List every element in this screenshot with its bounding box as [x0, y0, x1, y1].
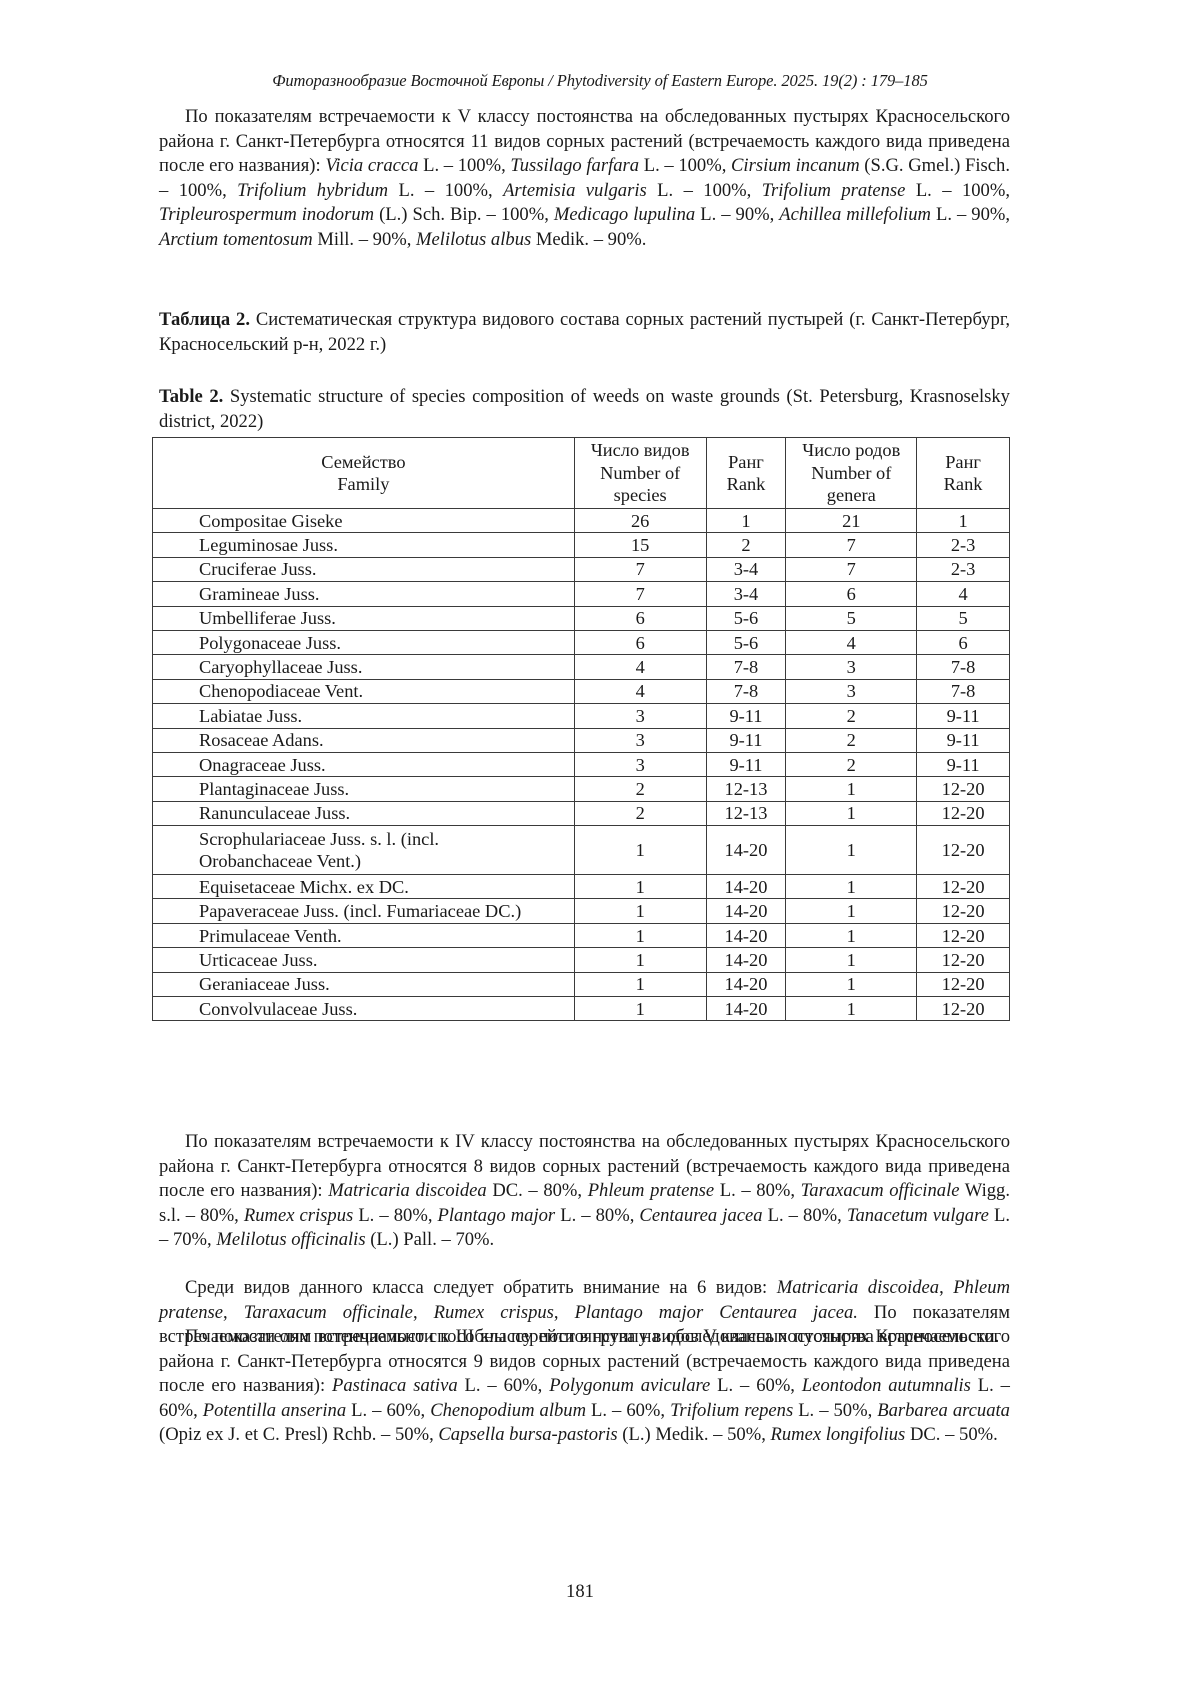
species-rank-cell: 2	[706, 533, 786, 557]
species-name: Vicia cracca	[325, 155, 418, 176]
species-rank-cell: 12-13	[706, 801, 786, 825]
species-count-cell: 1	[574, 875, 706, 899]
table-row: Polygonaceae Juss.65-646	[153, 630, 1010, 654]
species-name: Trifolium pratense	[762, 180, 906, 201]
species-authority: (L.) Sch. Bip. – 100%,	[374, 204, 554, 225]
species-authority: L. – 80%,	[555, 1205, 639, 1226]
species-authority: L. – 80%,	[353, 1205, 437, 1226]
table-row: Leguminosae Juss.15272-3	[153, 533, 1010, 557]
table-caption-en-label: Table 2.	[159, 386, 223, 407]
genera-rank-cell: 6	[917, 630, 1010, 654]
genera-count-cell: 1	[786, 777, 917, 801]
species-name: Cirsium incanum	[731, 155, 860, 176]
genera-count-cell: 5	[786, 606, 917, 630]
header-species-count: Число видовNumber of species	[574, 438, 706, 509]
genera-rank-cell: 5	[917, 606, 1010, 630]
table-caption-ru-label: Таблица 2.	[159, 309, 250, 330]
genera-count-cell: 3	[786, 655, 917, 679]
table-row: Labiatae Juss.39-1129-11	[153, 704, 1010, 728]
species-rank-cell: 14-20	[706, 972, 786, 996]
species-count-cell: 3	[574, 704, 706, 728]
genera-rank-cell: 4	[917, 582, 1010, 606]
table-row: Chenopodiaceae Vent.47-837-8	[153, 679, 1010, 703]
genera-count-cell: 6	[786, 582, 917, 606]
table-row: Plantaginaceae Juss.212-13112-20	[153, 777, 1010, 801]
species-authority: L. – 60%,	[346, 1400, 430, 1421]
family-cell: Gramineae Juss.	[153, 582, 575, 606]
species-name: Medicago lupulina	[554, 204, 695, 225]
running-header: Фиторазнообразие Восточной Европы / Phyt…	[150, 71, 1050, 91]
species-name: Achillea millefolium	[779, 204, 931, 225]
species-count-cell: 2	[574, 777, 706, 801]
species-name: Tripleurospermum inodorum	[159, 204, 374, 225]
species-name: Melilotus officinalis	[216, 1229, 365, 1250]
species-rank-cell: 5-6	[706, 630, 786, 654]
species-count-cell: 1	[574, 899, 706, 923]
species-name: Chenopodium album	[430, 1400, 586, 1421]
genera-count-cell: 7	[786, 533, 917, 557]
table-header-row: СемействоFamily Число видовNumber of spe…	[153, 438, 1010, 509]
species-rank-cell: 14-20	[706, 948, 786, 972]
species-count-cell: 4	[574, 655, 706, 679]
genera-count-cell: 1	[786, 923, 917, 947]
species-rank-cell: 9-11	[706, 704, 786, 728]
table-row: Scrophulariaceae Juss. s. l. (incl. Orob…	[153, 826, 1010, 875]
species-authority: (L.) Pall. – 70%.	[366, 1229, 495, 1250]
species-rank-cell: 14-20	[706, 826, 786, 875]
species-rank-cell: 9-11	[706, 752, 786, 776]
species-authority: L. – 60%,	[710, 1375, 802, 1396]
table-caption-en: Table 2. Systematic structure of species…	[159, 385, 1010, 434]
genera-count-cell: 1	[786, 875, 917, 899]
table-row: Equisetaceae Michx. ex DC.114-20112-20	[153, 875, 1010, 899]
species-name: Plantago major Centaurea jacea.	[575, 1302, 858, 1323]
species-authority: L. – 100%,	[647, 180, 762, 201]
species-name: Rumex longifolius	[771, 1424, 906, 1445]
table-caption-ru: Таблица 2. Систематическая структура вид…	[159, 308, 1010, 357]
family-cell: Equisetaceae Michx. ex DC.	[153, 875, 575, 899]
header-species-rank: РангRank	[706, 438, 786, 509]
species-authority: L. – 90%,	[931, 204, 1010, 225]
species-authority: Medik. – 90%.	[531, 229, 646, 250]
species-count-cell: 15	[574, 533, 706, 557]
species-name: Tussilago farfara	[510, 155, 639, 176]
species-name: Matricaria discoidea	[328, 1180, 486, 1201]
species-authority: Mill. – 90%,	[313, 229, 416, 250]
genera-count-cell: 3	[786, 679, 917, 703]
genera-count-cell: 2	[786, 728, 917, 752]
species-authority: (L.) Medik. – 50%,	[618, 1424, 771, 1445]
species-rank-cell: 9-11	[706, 728, 786, 752]
table-row: Rosaceae Adans.39-1129-11	[153, 728, 1010, 752]
species-count-cell: 7	[574, 557, 706, 581]
genera-count-cell: 1	[786, 997, 917, 1021]
table-row: Ranunculaceae Juss.212-13112-20	[153, 801, 1010, 825]
species-rank-cell: 5-6	[706, 606, 786, 630]
species-name: Melilotus albus	[416, 229, 531, 250]
header-genera-rank: РангRank	[917, 438, 1010, 509]
table-row: Urticaceae Juss.114-20112-20	[153, 948, 1010, 972]
table-row: Convolvulaceae Juss.114-20112-20	[153, 997, 1010, 1021]
family-cell: Papaveraceae Juss. (incl. Fumariaceae DC…	[153, 899, 575, 923]
genera-rank-cell: 12-20	[917, 923, 1010, 947]
species-name: Plantago major	[438, 1205, 556, 1226]
family-cell: Primulaceae Venth.	[153, 923, 575, 947]
header-family: СемействоFamily	[153, 438, 575, 509]
paragraph-class-iv: По показателям встречаемости к IV классу…	[159, 1130, 1010, 1253]
paragraph-class-v: По показателям встречаемости к V классу …	[159, 105, 1010, 252]
genera-count-cell: 4	[786, 630, 917, 654]
genera-rank-cell: 12-20	[917, 777, 1010, 801]
species-count-cell: 3	[574, 752, 706, 776]
species-authority: L. – 60%,	[458, 1375, 550, 1396]
genera-rank-cell: 1	[917, 509, 1010, 533]
species-authority: L. – 80%,	[714, 1180, 801, 1201]
species-authority: ,	[413, 1302, 434, 1323]
genera-rank-cell: 2-3	[917, 533, 1010, 557]
species-count-cell: 7	[574, 582, 706, 606]
species-name: Rumex crispus	[244, 1205, 353, 1226]
species-authority: (Opiz ex J. et C. Presl) Rchb. – 50%,	[159, 1424, 438, 1445]
species-authority: L. – 100%,	[639, 155, 731, 176]
species-count-cell: 1	[574, 997, 706, 1021]
species-rank-cell: 7-8	[706, 655, 786, 679]
species-rank-cell: 12-13	[706, 777, 786, 801]
paragraph-text: Среди видов данного класса следует обрат…	[185, 1277, 777, 1298]
species-name: Rumex crispus	[434, 1302, 554, 1323]
genera-count-cell: 1	[786, 899, 917, 923]
family-cell: Scrophulariaceae Juss. s. l. (incl. Orob…	[153, 826, 575, 875]
family-cell: Polygonaceae Juss.	[153, 630, 575, 654]
species-rank-cell: 14-20	[706, 923, 786, 947]
table-row: Papaveraceae Juss. (incl. Fumariaceae DC…	[153, 899, 1010, 923]
species-name: Pastinaca sativa	[332, 1375, 458, 1396]
species-name: Arctium tomentosum	[159, 229, 313, 250]
species-count-cell: 6	[574, 606, 706, 630]
family-cell: Rosaceae Adans.	[153, 728, 575, 752]
species-name: Tanacetum vulgare	[847, 1205, 989, 1226]
genera-rank-cell: 12-20	[917, 801, 1010, 825]
table-row: Umbelliferae Juss.65-655	[153, 606, 1010, 630]
family-cell: Caryophyllaceae Juss.	[153, 655, 575, 679]
genera-rank-cell: 2-3	[917, 557, 1010, 581]
species-rank-cell: 14-20	[706, 875, 786, 899]
species-name: Trifolium hybridum	[237, 180, 388, 201]
family-cell: Convolvulaceae Juss.	[153, 997, 575, 1021]
species-count-cell: 3	[574, 728, 706, 752]
family-cell: Umbelliferae Juss.	[153, 606, 575, 630]
family-cell: Onagraceae Juss.	[153, 752, 575, 776]
species-name: Matricaria discoidea	[777, 1277, 939, 1298]
species-name: Leontodon autumnalis	[802, 1375, 971, 1396]
species-rank-cell: 14-20	[706, 899, 786, 923]
family-cell: Chenopodiaceae Vent.	[153, 679, 575, 703]
species-name: Capsella bursa-pastoris	[438, 1424, 617, 1445]
family-structure-table: СемействоFamily Число видовNumber of spe…	[152, 437, 1010, 1021]
family-cell: Plantaginaceae Juss.	[153, 777, 575, 801]
table-row: Gramineae Juss.73-464	[153, 582, 1010, 606]
genera-rank-cell: 12-20	[917, 948, 1010, 972]
species-count-cell: 1	[574, 923, 706, 947]
family-cell: Leguminosae Juss.	[153, 533, 575, 557]
species-authority: ,	[939, 1277, 953, 1298]
table-row: Compositae Giseke261211	[153, 509, 1010, 533]
species-count-cell: 1	[574, 826, 706, 875]
genera-rank-cell: 12-20	[917, 972, 1010, 996]
genera-rank-cell: 7-8	[917, 655, 1010, 679]
species-count-cell: 6	[574, 630, 706, 654]
genera-count-cell: 21	[786, 509, 917, 533]
genera-rank-cell: 9-11	[917, 704, 1010, 728]
species-name: Centaurea jacea	[639, 1205, 762, 1226]
species-rank-cell: 3-4	[706, 557, 786, 581]
species-count-cell: 4	[574, 679, 706, 703]
header-genera-count: Число родовNumber of genera	[786, 438, 917, 509]
species-count-cell: 26	[574, 509, 706, 533]
genera-rank-cell: 9-11	[917, 752, 1010, 776]
genera-rank-cell: 12-20	[917, 875, 1010, 899]
species-authority: L. – 90%,	[695, 204, 779, 225]
family-cell: Compositae Giseke	[153, 509, 575, 533]
table-row: Primulaceae Venth.114-20112-20	[153, 923, 1010, 947]
genera-rank-cell: 12-20	[917, 997, 1010, 1021]
species-name: Taraxacum officinale	[244, 1302, 413, 1323]
genera-count-cell: 1	[786, 826, 917, 875]
page-number: 181	[0, 1581, 1160, 1603]
genera-count-cell: 1	[786, 948, 917, 972]
species-name: Polygonum aviculare	[549, 1375, 710, 1396]
species-name: Artemisia vulgaris	[503, 180, 647, 201]
species-authority: ,	[554, 1302, 575, 1323]
genera-count-cell: 7	[786, 557, 917, 581]
table-caption-ru-text: Систематическая структура видового соста…	[159, 309, 1010, 355]
genera-rank-cell: 12-20	[917, 826, 1010, 875]
table-row: Onagraceae Juss.39-1129-11	[153, 752, 1010, 776]
species-authority: ,	[223, 1302, 244, 1323]
species-authority: L. – 100%,	[418, 155, 510, 176]
genera-count-cell: 1	[786, 801, 917, 825]
genera-rank-cell: 7-8	[917, 679, 1010, 703]
genera-rank-cell: 9-11	[917, 728, 1010, 752]
species-authority: L. – 100%,	[388, 180, 503, 201]
species-authority: L. – 60%,	[586, 1400, 670, 1421]
paragraph-class-iii: По показателям встречаемости к III класс…	[159, 1325, 1010, 1448]
genera-count-cell: 2	[786, 752, 917, 776]
species-authority: L. – 80%,	[763, 1205, 847, 1226]
genera-count-cell: 2	[786, 704, 917, 728]
table-row: Geraniaceae Juss.114-20112-20	[153, 972, 1010, 996]
species-authority: DC. – 50%.	[905, 1424, 997, 1445]
family-cell: Geraniaceae Juss.	[153, 972, 575, 996]
table-caption-en-text: Systematic structure of species composit…	[159, 386, 1010, 432]
species-rank-cell: 14-20	[706, 997, 786, 1021]
table-row: Cruciferae Juss.73-472-3	[153, 557, 1010, 581]
species-name: Taraxacum officinale	[801, 1180, 960, 1201]
species-count-cell: 1	[574, 948, 706, 972]
document-page: Фиторазнообразие Восточной Европы / Phyt…	[0, 0, 1200, 1697]
genera-rank-cell: 12-20	[917, 899, 1010, 923]
species-rank-cell: 3-4	[706, 582, 786, 606]
family-cell: Cruciferae Juss.	[153, 557, 575, 581]
family-cell: Labiatae Juss.	[153, 704, 575, 728]
table-row: Caryophyllaceae Juss.47-837-8	[153, 655, 1010, 679]
species-count-cell: 1	[574, 972, 706, 996]
species-name: Barbarea arcuata	[877, 1400, 1010, 1421]
species-authority: L. – 100%,	[905, 180, 1010, 201]
genera-count-cell: 1	[786, 972, 917, 996]
species-authority: L. – 50%,	[793, 1400, 877, 1421]
family-cell: Urticaceae Juss.	[153, 948, 575, 972]
species-name: Phleum pratense	[588, 1180, 714, 1201]
species-rank-cell: 7-8	[706, 679, 786, 703]
species-name: Trifolium repens	[670, 1400, 793, 1421]
species-name: Potentilla anserina	[203, 1400, 346, 1421]
species-authority: DC. – 80%,	[487, 1180, 588, 1201]
species-rank-cell: 1	[706, 509, 786, 533]
species-count-cell: 2	[574, 801, 706, 825]
family-cell: Ranunculaceae Juss.	[153, 801, 575, 825]
